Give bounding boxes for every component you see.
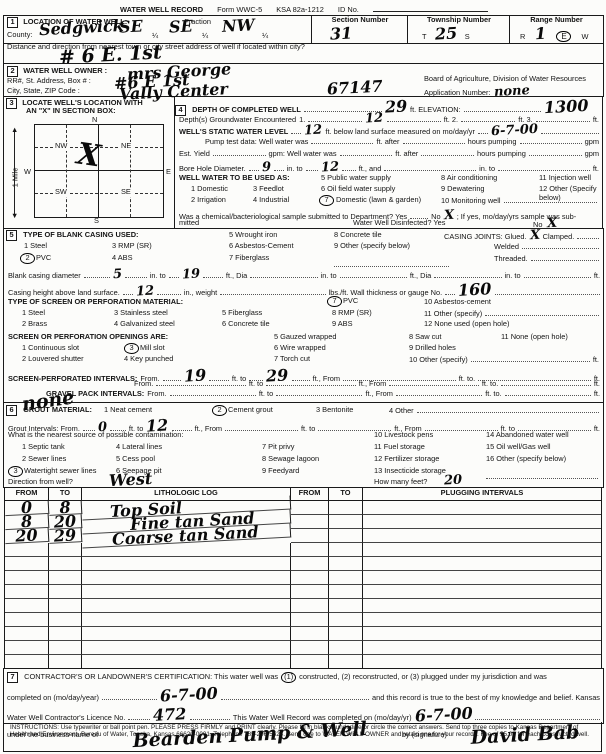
opening-1: 1 Continuous slot [22,344,79,353]
spi2-blank3 [389,379,479,386]
diam-dots1 [84,271,110,278]
contam-4: 4 Lateral lines [116,443,162,452]
spi2-blank1 [156,379,246,386]
section3-box: 3 LOCATE WELL'S LOCATION WITH AN "X" IN … [3,96,175,229]
use-1: 1 Domestic [191,185,228,194]
screen-4: 4 Galvanized steel [114,320,175,329]
spi-row2: From. ft. to ft., From ft. to. ft. [134,379,600,389]
owner-zip-value: 67147 [327,79,383,98]
opening-9: 9 Drilled holes [409,344,456,353]
section-number-cell: Section Number 31 [311,16,408,43]
cert-dots4 [190,713,230,720]
contam-9: 9 Feedyard [262,467,299,476]
welded-blank [522,242,599,249]
opening-10-row: 10 Other (specify) ft. [409,355,599,365]
diam-blank4 [434,271,501,278]
casing-7: 7 Fiberglass [229,254,269,263]
casing-ftdia2-label: ft., Dia [410,272,431,281]
instructions-text: INSTRUCTIONS: Use typewriter or ball poi… [10,724,589,738]
section3-number: 3 [6,98,17,109]
opening-2: 2 Louvered shutter [22,355,84,364]
feet-value: 20 [444,474,463,488]
mile-label: 1 Mile [12,157,21,187]
threaded-row: Threaded. [494,254,599,264]
diam-dots3 [169,271,179,278]
glued-x: X [529,229,540,243]
casing-diameter-row: Blank casing diameter 5 in. to 19 ft., D… [8,268,600,281]
log-row-plug [363,557,601,571]
casing-9: 9 Other (specify below) [334,242,410,251]
yield-hours-label: hours pumping [477,150,526,159]
bore-ft-label: ft. [593,165,599,174]
grout-4-row: 4 Other [389,406,599,416]
cert-line2: completed on (mo/day/year) 6-7-00 and th… [7,687,600,703]
log-row-pto [329,613,363,627]
form-title: WATER WELL RECORD [120,6,203,15]
static-level-row: WELL'S STATIC WATER LEVEL 12 ft. below l… [179,124,599,137]
log-row-desc [82,641,291,655]
elevation-blank [464,105,542,112]
opening-3-row: 3 Mill slot [124,343,165,354]
use-10: 10 Monitoring well [441,197,501,206]
casing-joints-row: CASING JOINTS: Glued. X Clamped. [444,229,599,242]
gpi-ftto-label: ft. to [259,390,273,399]
clamped-label: Clamped. [543,233,575,242]
pump-hours-label: hours pumping [468,138,517,147]
yield-ft-blank [340,149,393,156]
section1-box: 1 LOCATION OF WATER WELL: Fraction Count… [3,15,604,44]
grout-4-blank [417,406,599,413]
contam-3-number-circled: 3 [8,466,23,477]
owner-address-label: RR#, St. Address, Box # : [7,77,91,86]
contamination-label: What is the nearest source of possible c… [8,431,183,440]
contam-3-row: 3 Watertight sewer lines [8,466,96,477]
form-ksa: KSA 82a-1212 [276,6,324,15]
log-row-desc [82,557,291,571]
yield-hours-blank [421,149,474,156]
grout-2-number-circled: 2 [212,405,227,416]
range-west: W [581,33,588,42]
casing-diameter-value: 5 [112,268,122,281]
use-11: 11 Injection well [539,174,591,183]
mile-arrow-down: ▼ [11,212,18,221]
owner-title-row: 2 WATER WELL OWNER : [7,66,107,77]
pump-ft-blank [311,137,373,144]
compass-e: E [166,168,171,177]
bore-blank2 [384,164,476,171]
contam-other-blank [486,472,598,479]
quad-ne: NE [119,142,133,151]
log-row-pfrom [291,543,329,557]
grout-4: 4 Other [389,407,414,416]
screen-6: 6 Concrete tile [222,320,270,329]
section-number-label: Section Number [312,16,408,25]
range-label: Range Number [510,16,603,25]
casing-3: 3 RMP (SR) [112,242,152,251]
log-row-pto [329,585,363,599]
gpi-blank3 [396,389,482,396]
gauge-blank [495,288,600,295]
log-row-desc [82,599,291,613]
quarter1-value: SE [119,18,144,35]
log-row-pto [329,501,363,515]
section7-box: 7 CONTRACTOR'S OR LANDOWNER'S CERTIFICAT… [3,668,604,724]
casing-height-row: Casing height above land surface. 12 in.… [8,282,600,298]
log-row-to [49,571,82,585]
log-row-plug [363,529,601,543]
casing-2-row: 2 PVC [20,253,51,264]
swl-dots3 [541,127,599,134]
grout-2: Cement grout [228,406,273,415]
map-center-horizontal [35,170,163,171]
use-7-number-circled: 7 [319,195,334,206]
township-s: S [465,33,470,42]
screen-2: 2 Brass [22,320,47,329]
contam-8: 8 Sewage lagoon [262,455,319,464]
opening-3: Mill slot [140,344,165,353]
log-row-pfrom [291,655,329,669]
owner-city-label: City, State, ZIP Code : [7,87,80,96]
log-row-pfrom [291,585,329,599]
log-row-to [49,585,82,599]
use-2: 2 Irrigation [191,196,226,205]
log-row-pto [329,529,363,543]
quarter1-label: ¼ [152,32,158,41]
range-east-circled: E [556,31,571,43]
well-x-mark: X [75,140,102,173]
spi2-ft-label: ft. [594,380,600,389]
cert-completed-label: completed on (mo/day/year) [7,694,99,703]
township-value: 25 [434,25,457,42]
owner-title: WATER WELL OWNER : [23,66,107,75]
use-4: 4 Industrial [253,196,289,205]
spi2-blank4 [501,379,591,386]
compass-w: W [24,168,31,177]
log-row-pto [329,571,363,585]
contam-16: 16 Other (specify below) [486,455,566,464]
spi2-blank2 [266,379,356,386]
screen-8: 8 RMP (SR) [332,309,372,318]
log-row-from [5,627,49,641]
opening-4: 4 Key punched [124,355,173,364]
log-row-plug [363,515,601,529]
clamped-blank [577,232,599,239]
yield-blank [213,149,266,156]
log-header-from2: FROM [291,487,329,501]
welded-row: Welded [494,242,599,252]
log-row-pto [329,543,363,557]
section5-number: 5 [6,230,17,241]
opening-3-number-circled: 3 [124,343,139,354]
log-row-plug [363,599,601,613]
log-row-pto [329,599,363,613]
grout-ft-label: ft. [594,425,600,434]
casing-diameter-label: Blank casing diameter [8,272,81,281]
contam-12: 12 Fertilizer storage [374,455,439,464]
casing-depth-value: 19 [181,268,200,282]
bore-dots2 [274,164,284,171]
casing-ftdia-label: ft., Dia [226,272,247,281]
spi2-ftto2-label: ft. to. [482,380,498,389]
contam-14: 14 Abandoned water well [486,431,569,440]
screen-12: 12 None used (open hole) [424,320,509,329]
log-row-plug [363,641,601,655]
yield-gpm-blank [529,149,582,156]
casing-4: 4 ABS [112,254,133,263]
pump-after-label: ft. after [376,138,399,147]
screen-material-title: TYPE OF SCREEN OR PERFORATION MATERIAL: [8,298,183,307]
h-dots3 [445,288,455,295]
log-row-pto [329,641,363,655]
pump-test-label: Pump test data: Well water was [205,138,308,147]
groundwater-3-blank [536,115,590,122]
casing-ft-label: ft. [594,272,600,281]
grout-2-row: 2 Cement grout [212,405,273,416]
id-blank [373,3,488,12]
water-well-record-form: WATER WELL RECORD Form WWC-5 KSA 82a-121… [0,0,606,754]
log-header-to2: TO [329,487,363,501]
use-10-blank [504,196,597,203]
log-row-to [49,613,82,627]
gpi-ft-label: ft. [594,390,600,399]
contam-1: 1 Septic tank [22,443,65,452]
screen-1: 1 Steel [22,309,45,318]
direction-label: Direction from well? [8,478,73,487]
gpi-ftto2-label: ft. to. [485,390,501,399]
contam-10: 10 Livestock pens [374,431,433,440]
screen-5: 5 Fiberglass [222,309,262,318]
log-row-pfrom [291,613,329,627]
log-row-from [5,655,49,669]
log-row-pfrom [291,515,329,529]
cert-dots3 [128,713,150,720]
log-row-from [5,571,49,585]
section6-box: 6 GROUT MATERIAL: 1 Neat cement 2 Cement… [3,402,604,488]
use-10-row: 10 Monitoring well [441,196,597,206]
grout-1: 1 Neat cement [104,406,152,415]
gpi-blank1 [170,389,256,396]
feet-label: How many feet? [374,478,427,487]
log-header-plug: PLUGGING INTERVALS [363,487,601,501]
log-row-plug [363,543,601,557]
section7-number: 7 [7,672,18,683]
cert-text-1b: constructed, (2) reconstructed, or (3) p… [299,673,547,682]
casing-weight-label: in., weight [184,289,217,298]
diam-dots2 [125,271,147,278]
gpi-ftfrom-label: ft., From [365,390,393,399]
map-dash-v1 [66,125,67,217]
log-row-plug [363,613,601,627]
screen-11-row: 11 Other (specify) [424,309,599,319]
log-row-from [5,585,49,599]
cert-constructed-circled: (1) [281,672,296,683]
county-label: County: [7,31,32,40]
casing-into3-label: in. to [505,272,521,281]
yield-gpm-label: gpm [585,150,599,159]
h-dots1 [123,288,133,295]
use-8: 8 Air conditioning [441,174,497,183]
casing-1: 1 Steel [24,242,47,251]
chem-tail2: mitted [179,219,199,228]
cert-dots1 [102,693,157,700]
static-level-label: WELL'S STATIC WATER LEVEL [179,128,288,137]
use-7: Domestic (lawn & garden) [336,196,421,205]
quad-nw: NW [53,142,69,151]
log-row-desc [82,627,291,641]
static-level-date: 6-7-00 [491,123,539,138]
log-row-pfrom [291,557,329,571]
use-3: 3 Feedlot [253,185,284,194]
contam-5: 5 Cess pool [116,455,155,464]
welded-label: Welded [494,243,519,252]
casing-8: 8 Concrete tile [334,231,382,240]
diam-blank2 [250,271,317,278]
use-label: WELL WATER TO BE USED AS: [179,174,290,183]
log-row-pto [329,515,363,529]
log-row-desc [82,613,291,627]
section-number-value: 31 [330,25,353,42]
log-row-pfrom [291,627,329,641]
cert-text-2b: and this record is true to the best of m… [372,694,600,703]
screen-7: PVC [343,297,358,306]
log-row-pfrom [291,599,329,613]
compass-s: S [94,217,99,226]
static-level-value: 12 [304,124,323,138]
section5-box: 5 TYPE OF BLANK CASING USED: 5 Wrought i… [3,228,604,403]
openings-title: SCREEN OR PERFORATION OPENINGS ARE: [8,333,168,342]
board-label: Board of Agriculture, Division of Water … [424,75,586,84]
section-map: NW NE SW SE X [34,124,164,218]
pump-gpm-blank [520,137,582,144]
contam-2: 2 Sewer lines [22,455,66,464]
log-row-from [5,543,49,557]
log-row-pfrom [291,501,329,515]
section5-title: TYPE OF BLANK CASING USED: [23,231,138,240]
opening-6: 6 Wire wrapped [274,344,326,353]
log-row-to [49,655,82,669]
pump-test-row: Pump test data: Well water was ft. after… [205,137,599,147]
log-row-pto [329,655,363,669]
log-row-to [49,627,82,641]
spi2-from-label: From. [134,380,153,389]
use-6: 6 Oil field water supply [321,185,395,194]
form-number: Form WWC-5 [217,6,262,15]
casing-into2-label: in. to [321,272,337,281]
cert-dots5 [475,713,600,720]
section6-number: 6 [6,405,17,416]
screen-7-row: 7 PVC [327,296,358,307]
screen-7-number-circled: 7 [327,296,342,307]
diam-dots4 [203,271,223,278]
spi2-ftto-label: ft. to [249,380,263,389]
use-7-row: 7 Domestic (lawn & garden) [319,195,421,206]
casing-joints-label: CASING JOINTS: Glued. [444,233,527,242]
yield-row: Est. Yield gpm: Well water was ft. after… [179,149,599,159]
casing-2-number-circled: 2 [20,253,35,264]
opening-8: 8 Saw cut [409,333,441,342]
grout-3: 3 Bentonite [316,406,353,415]
opening-7: 7 Torch cut [274,355,310,364]
mile-arrow-up: ▲ [11,126,18,135]
quarter3-value: NW [222,17,255,35]
log-row-to [49,557,82,571]
screen-9: 9 ABS [332,320,353,329]
bore-dots1 [249,164,259,171]
weight-blank [220,288,325,295]
bore-dots4 [342,164,356,171]
section2-number: 2 [7,66,18,77]
swl-dots2 [478,127,488,134]
gpi-from-label: From. [147,390,166,399]
county-value: Sedgwick [39,18,125,38]
township-cell: Township Number T 25 S [407,16,510,43]
cert-dots2 [221,693,369,700]
section5-title-row: 5 TYPE OF BLANK CASING USED: [6,230,139,241]
diam-blank3 [340,271,407,278]
h-dots2 [157,288,181,295]
gpi-row1: GRAVEL PACK INTERVALS: From. ft. to ft.,… [46,389,600,399]
disinfected-label: Water Well Disinfected? Yes [353,219,445,228]
log-row-from [5,613,49,627]
log-row-desc [82,571,291,585]
casing-into-label: in. to [150,272,166,281]
swl-dots1 [291,127,301,134]
log-row-from [5,641,49,655]
pump-gpm-label: gpm [585,138,599,147]
opening-10: 10 Other (specify) [409,356,468,365]
quarter2-value: SE [169,18,194,35]
cert-completed-date: 6-7-00 [160,685,219,704]
chem-tail: ; If yes, mo/day/yrs sample was sub- [457,213,577,222]
spi-label: SCREEN-PERFORATED INTERVALS: [8,375,137,384]
contam-7: 7 Pit privy [262,443,294,452]
log-row-plug [363,571,601,585]
log-row-pto [329,557,363,571]
section6-title: GROUT MATERIAL: [23,406,92,415]
range-value: 1 [535,25,547,42]
opening-10-ft: ft. [593,356,599,365]
screen-10: 10 Asbestos-cement [424,298,491,307]
groundwater-1-blank2 [387,115,441,122]
log-row-plug [363,501,601,515]
screen-11: 11 Other (specify) [424,310,482,319]
range-r: R [520,33,525,42]
opening-5: 5 Gauzed wrapped [274,333,336,342]
screen-11-blank [485,309,599,316]
log-row-desc [82,585,291,599]
section4-box: 4 DEPTH OF COMPLETED WELL 29 ft. ELEVATI… [173,96,603,229]
threaded-label: Threaded. [494,255,528,264]
map-dash-v2 [130,125,131,217]
gpi-blank4 [505,389,591,396]
diam-blank5 [524,271,591,278]
quarter2-label: ¼ [202,32,208,41]
opening-11: 11 None (open hole) [501,333,568,342]
id-label: ID No. [338,6,359,15]
quarter3-label: ¼ [262,32,268,41]
contam-15: 15 Oil well/Gas well [486,443,550,452]
bore-blank3 [498,164,590,171]
quad-se: SE [119,188,133,197]
opening-10-blank [471,355,590,362]
log-row-from [5,557,49,571]
range-cell: Range Number R 1 E W [509,16,603,43]
contam-13: 13 Insecticide storage [374,467,446,476]
cert-line1: 7 CONTRACTOR'S OR LANDOWNER'S CERTIFICAT… [7,672,600,683]
gpi-blank2 [276,389,362,396]
bore-dots3 [306,164,318,171]
yield-label: Est. Yield [179,150,210,159]
